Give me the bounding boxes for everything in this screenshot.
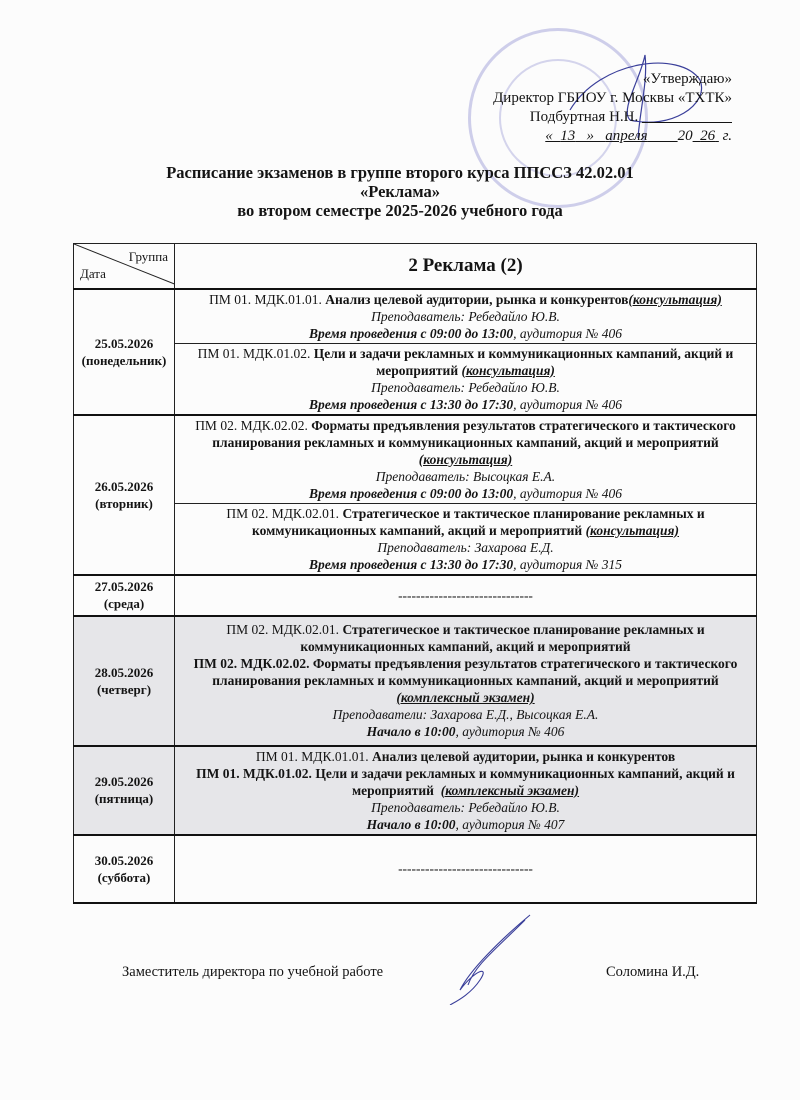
subject-line: ПМ 02. МДК.02.02. Форматы предъявления р… [181,417,750,468]
exam-schedule-table: Группа Дата 2 Реклама (2) 25.05.2026 (по… [73,243,757,904]
date: 29.05.2026 [80,773,168,790]
date-cell: 27.05.2026 (среда) [74,575,175,616]
schedule-exam-row: 29.05.2026 (пятница) ПМ 01. МДК.01.01. А… [74,746,757,835]
teacher: Преподаватель: Ребедайло Ю.В. [181,379,750,396]
time-room: Начало в 10:00, аудитория № 407 [181,816,750,833]
module-code: ПМ 01. МДК.01.02. [198,346,314,361]
schedule-entry-row: 25.05.2026 (понедельник) ПМ 01. МДК.01.0… [74,289,757,344]
exam-entry-cell: ПМ 01. МДК.01.01. Анализ целевой аудитор… [175,289,757,344]
exam-type: (комплексный экзамен) [396,690,534,705]
corner-date-label: Дата [80,265,106,282]
date: 27.05.2026 [80,578,168,595]
exam-type: (консультация) [586,523,679,538]
approval-block: «Утверждаю» Директор ГБПОУ г. Москвы «ТХ… [493,70,732,146]
subject-line: ПМ 01. МДК.01.01. Анализ целевой аудитор… [181,291,750,308]
exam-type: (консультация) [461,363,554,378]
date-cell: 29.05.2026 (пятница) [74,746,175,835]
time-room: Время проведения с 09:00 до 13:00, аудит… [181,485,750,502]
module-code: ПМ 02. МДК.02.02. [195,418,311,433]
room: , аудитория № 315 [513,557,622,572]
subject-line-1: ПМ 01. МДК.01.01. Анализ целевой аудитор… [181,748,750,765]
corner-group-label: Группа [129,248,168,265]
teacher: Преподаватели: Захарова Е.Д., Высоцкая Е… [181,706,750,723]
exam-entry-cell: ПМ 02. МДК.02.01. Стратегическое и такти… [175,616,757,746]
teacher: Преподаватель: Высоцкая Е.А. [181,468,750,485]
date-cell: 25.05.2026 (понедельник) [74,289,175,415]
no-exam-placeholder: ------------------------------ [175,575,757,616]
subject-line-2: ПМ 01. МДК.01.02. Цели и задачи рекламны… [181,765,750,799]
weekday: (пятница) [80,790,168,807]
title-line-2: «Реклама» [0,182,800,201]
header-corner-cell: Группа Дата [74,244,175,289]
schedule-body: 25.05.2026 (понедельник) ПМ 01. МДК.01.0… [74,289,757,903]
subject-line: ПМ 01. МДК.01.02. Цели и задачи рекламны… [181,345,750,379]
exam-entry-cell: ПМ 02. МДК.02.01. Стратегическое и такти… [175,503,757,575]
time-room: Время проведения с 13:30 до 17:30, аудит… [181,396,750,413]
footer-position: Заместитель директора по учебной работе [122,964,383,981]
room: , аудитория № 406 [513,486,622,501]
exam-type: (консультация) [419,452,512,467]
exam-entry-cell: ПМ 01. МДК.01.02. Цели и задачи рекламны… [175,343,757,415]
exam-entry-cell: ПМ 01. МДК.01.01. Анализ целевой аудитор… [175,746,757,835]
time-room: Время проведения с 09:00 до 13:00, аудит… [181,325,750,342]
exam-type: (консультация) [628,292,721,307]
teacher: Преподаватель: Захарова Е.Д. [181,539,750,556]
weekday: (понедельник) [80,352,168,369]
time: Время проведения с 09:00 до 13:00 [309,486,513,501]
module-code: ПМ 01. МДК.01.01. [209,292,325,307]
date: 25.05.2026 [80,335,168,352]
group-name-header: 2 Реклама (2) [175,244,757,289]
schedule-entry-row: ПМ 02. МДК.02.01. Стратегическое и такти… [74,503,757,575]
room: , аудитория № 406 [513,326,622,341]
time: Время проведения с 13:30 до 17:30 [309,557,513,572]
date: 30.05.2026 [80,852,168,869]
footer-signer-name: Соломина И.Д. [606,964,699,981]
approval-date: « 13 » апреля 20 26 г. [493,127,732,146]
weekday: (среда) [80,595,168,612]
room: , аудитория № 406 [513,397,622,412]
exam-entry-cell: ПМ 02. МДК.02.02. Форматы предъявления р… [175,415,757,504]
weekday: (суббота) [80,869,168,886]
time: Время проведения с 09:00 до 13:00 [309,326,513,341]
time: Начало в 10:00 [367,724,456,739]
subject-line-1: ПМ 02. МДК.02.01. Стратегическое и такти… [181,621,750,655]
time: Начало в 10:00 [367,817,456,832]
title-line-3: во втором семестре 2025-2026 учебного го… [0,201,800,220]
deputy-signature [430,910,540,1005]
date-cell: 30.05.2026 (суббота) [74,835,175,903]
no-exam-placeholder: ------------------------------ [175,835,757,903]
approver-name: Подбуртная Н.Н. [493,108,732,127]
teacher: Преподаватель: Ребедайло Ю.В. [181,799,750,816]
schedule-entry-row: 26.05.2026 (вторник) ПМ 02. МДК.02.02. Ф… [74,415,757,504]
weekday: (вторник) [80,495,168,512]
exam-type: (комплексный экзамен) [441,783,579,798]
approver-position: Директор ГБПОУ г. Москвы «ТХТК» [493,89,732,108]
time-room: Начало в 10:00, аудитория № 406 [181,723,750,740]
teacher: Преподаватель: Ребедайло Ю.В. [181,308,750,325]
table-header-row: Группа Дата 2 Реклама (2) [74,244,757,289]
schedule-empty-row: 30.05.2026 (суббота) -------------------… [74,835,757,903]
date: 26.05.2026 [80,478,168,495]
weekday: (четверг) [80,681,168,698]
title-line-1: Расписание экзаменов в группе второго ку… [0,163,800,182]
document-title: Расписание экзаменов в группе второго ку… [0,163,800,220]
schedule-entry-row: ПМ 01. МДК.01.02. Цели и задачи рекламны… [74,343,757,415]
subject-title: Анализ целевой аудитории, рынка и конкур… [325,292,628,307]
module-code: ПМ 02. МДК.02.01. [226,506,342,521]
schedule-exam-row: 28.05.2026 (четверг) ПМ 02. МДК.02.01. С… [74,616,757,746]
room: , аудитория № 407 [456,817,565,832]
time: Время проведения с 13:30 до 17:30 [309,397,513,412]
time-room: Время проведения с 13:30 до 17:30, аудит… [181,556,750,573]
schedule-empty-row: 27.05.2026 (среда) ---------------------… [74,575,757,616]
date-cell: 26.05.2026 (вторник) [74,415,175,575]
subject-line: ПМ 02. МДК.02.01. Стратегическое и такти… [181,505,750,539]
approve-label: «Утверждаю» [493,70,732,89]
date: 28.05.2026 [80,664,168,681]
date-cell: 28.05.2026 (четверг) [74,616,175,746]
room: , аудитория № 406 [456,724,565,739]
subject-line-2: ПМ 02. МДК.02.02. Форматы предъявления р… [181,655,750,706]
